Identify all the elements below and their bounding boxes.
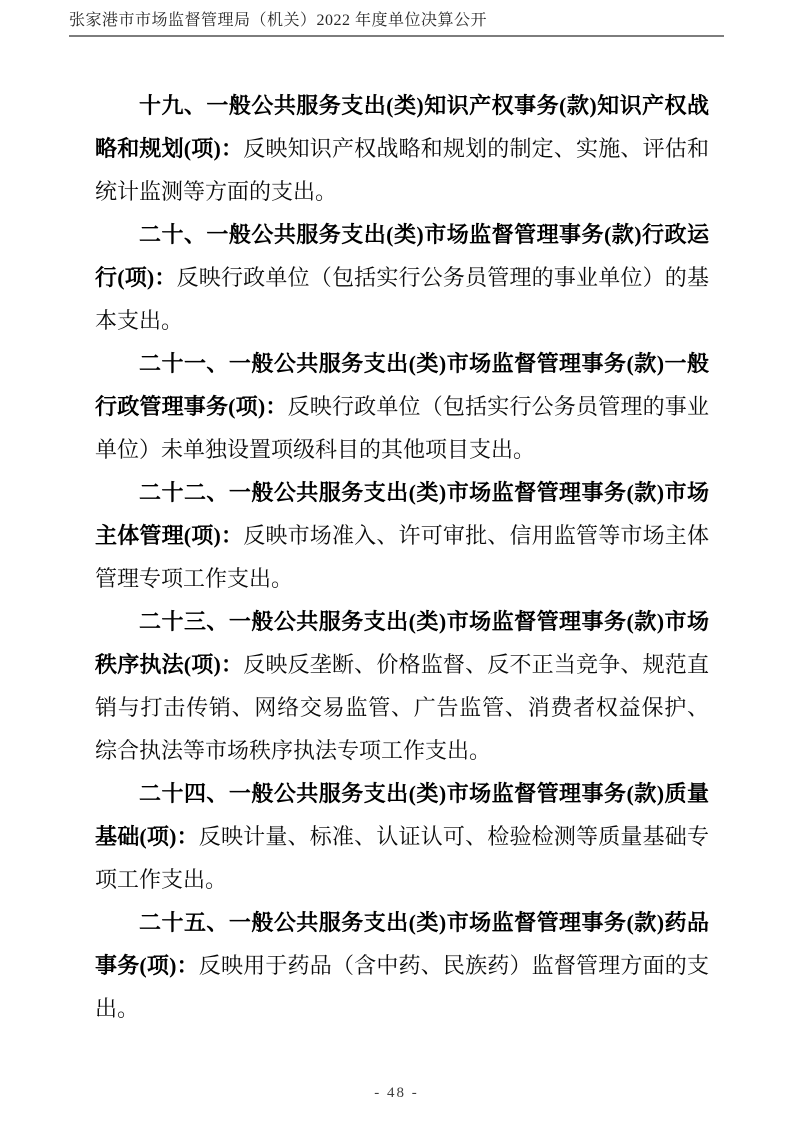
document-header-title: 张家港市市场监督管理局（机关）2022 年度单位决算公开: [69, 12, 724, 30]
paragraph-20-text: 反映行政单位（包括实行公务员管理的事业单位）的基本支出。: [95, 265, 709, 333]
page-header: 张家港市市场监督管理局（机关）2022 年度单位决算公开: [69, 12, 724, 37]
document-page: 张家港市市场监督管理局（机关）2022 年度单位决算公开 十九、一般公共服务支出…: [0, 0, 793, 1122]
paragraph-22: 二十二、一般公共服务支出(类)市场监督管理事务(款)市场主体管理(项)：反映市场…: [95, 471, 709, 600]
document-body: 十九、一般公共服务支出(类)知识产权事务(款)知识产权战略和规划(项)：反映知识…: [95, 84, 709, 1030]
paragraph-19: 十九、一般公共服务支出(类)知识产权事务(款)知识产权战略和规划(项)：反映知识…: [95, 84, 709, 213]
page-number: - 48 -: [374, 1085, 419, 1101]
paragraph-24: 二十四、一般公共服务支出(类)市场监督管理事务(款)质量基础(项)：反映计量、标…: [95, 772, 709, 901]
paragraph-20: 二十、一般公共服务支出(类)市场监督管理事务(款)行政运行(项)：反映行政单位（…: [95, 213, 709, 342]
page-footer: - 48 -: [0, 1084, 793, 1102]
paragraph-25: 二十五、一般公共服务支出(类)市场监督管理事务(款)药品事务(项)：反映用于药品…: [95, 901, 709, 1030]
paragraph-21: 二十一、一般公共服务支出(类)市场监督管理事务(款)一般行政管理事务(项)：反映…: [95, 342, 709, 471]
paragraph-23: 二十三、一般公共服务支出(类)市场监督管理事务(款)市场秩序执法(项)：反映反垄…: [95, 600, 709, 772]
